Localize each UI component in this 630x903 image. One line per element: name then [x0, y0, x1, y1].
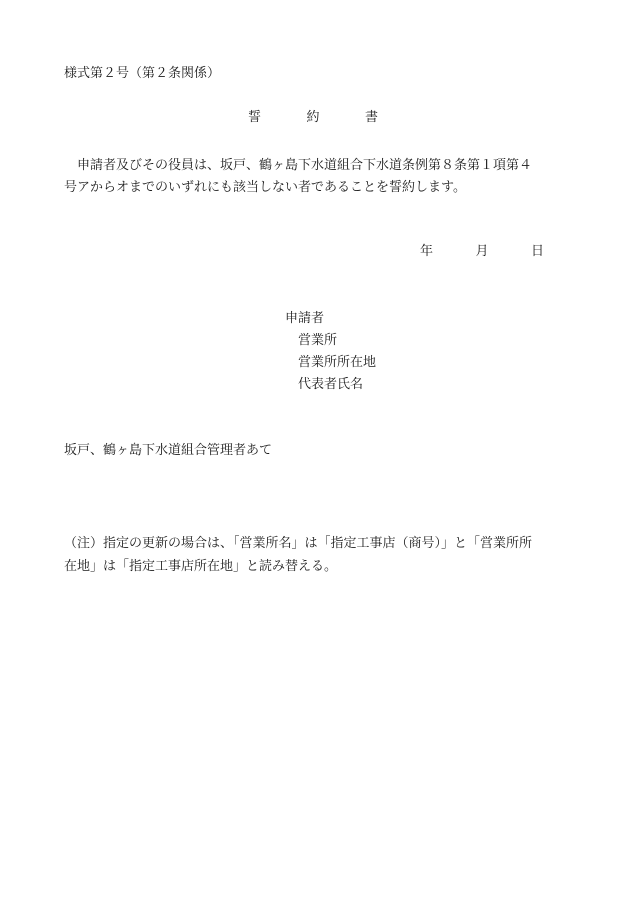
note-line: （注）指定の更新の場合は、「営業所名」は「指定工事店（商号）」と「営業所所: [64, 532, 564, 555]
note: （注）指定の更新の場合は、「営業所名」は「指定工事店（商号）」と「営業所所 在地…: [64, 532, 564, 578]
pledge-body: 申請者及びその役員は、坂戸、鶴ヶ島下水道組合下水道条例第８条第１項第４ 号アから…: [64, 155, 564, 199]
form-number: 様式第２号（第２条関係）: [64, 67, 220, 80]
office-address-label: 営業所所在地: [298, 356, 376, 369]
date-row: 年 月 日: [420, 245, 544, 258]
note-line: 在地」は「指定工事店所在地」と読み替える。: [64, 555, 564, 578]
office-label: 営業所: [298, 334, 337, 347]
pledge-line: 号アからオまでのいずれにも該当しない者であることを誓約します。: [64, 177, 564, 199]
addressee: 坂戸、鶴ヶ島下水道組合管理者あて: [64, 444, 272, 457]
applicant-label: 申請者: [285, 312, 324, 325]
document-title: 誓 約 書: [248, 111, 378, 124]
month-label: 月: [475, 245, 488, 258]
day-label: 日: [531, 245, 544, 258]
title-char: 約: [306, 111, 319, 124]
title-char: 誓: [248, 111, 261, 124]
pledge-line: 申請者及びその役員は、坂戸、鶴ヶ島下水道組合下水道条例第８条第１項第４: [64, 155, 564, 177]
year-label: 年: [420, 245, 433, 258]
title-char: 書: [365, 111, 378, 124]
representative-name-label: 代表者氏名: [298, 378, 363, 391]
